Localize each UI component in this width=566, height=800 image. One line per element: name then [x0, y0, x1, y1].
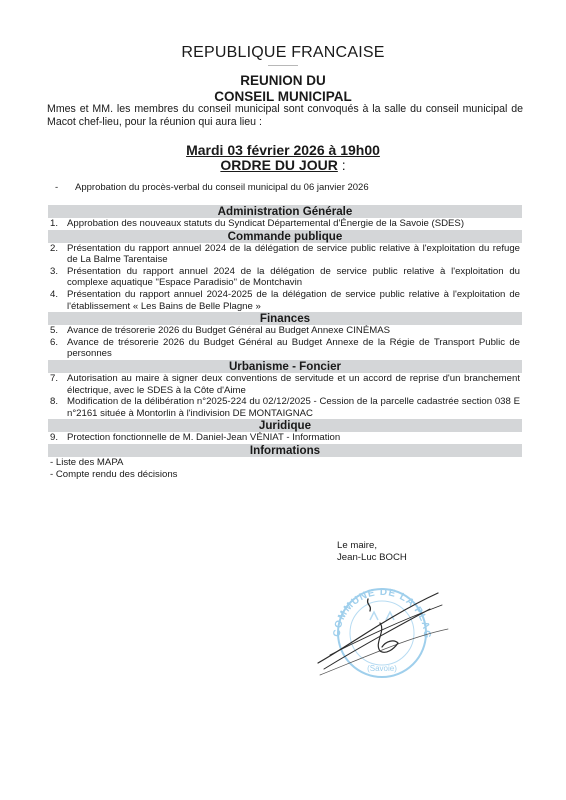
signature-block: Le maire, Jean-Luc BOCH	[337, 540, 407, 564]
agenda-item: 4.Présentation du rapport annuel 2024-20…	[48, 289, 522, 312]
item-number: 1.	[48, 218, 67, 230]
preliminary-bullet: -	[55, 182, 75, 194]
item-number: 5.	[48, 325, 67, 337]
agenda-section: Juridique9.Protection fonctionnelle de M…	[48, 419, 522, 444]
heading-separator: ---------------	[0, 63, 566, 69]
agenda-item: 9.Protection fonctionnelle de M. Daniel-…	[48, 432, 522, 444]
item-text: Présentation du rapport annuel 2024-2025…	[67, 289, 520, 312]
item-number: 6.	[48, 337, 67, 360]
agenda-title-colon: :	[338, 157, 346, 173]
agenda-item: 8.Modification de la délibération n°2025…	[48, 396, 522, 419]
meeting-title: REUNION DU CONSEIL MUNICIPAL	[0, 73, 566, 105]
info-item: - Liste des MAPA	[48, 457, 522, 469]
agenda-section: Urbanisme - Foncier7.Autorisation au mai…	[48, 360, 522, 419]
item-text: Présentation du rapport annuel 2024 de l…	[67, 243, 520, 266]
agenda-section: Finances5.Avance de trésorerie 2026 du B…	[48, 312, 522, 360]
document-page: REPUBLIQUE FRANCAISE --------------- REU…	[0, 0, 566, 800]
item-text: Présentation du rapport annuel 2024 de l…	[67, 266, 520, 289]
svg-text:(Savoie): (Savoie)	[367, 664, 397, 673]
section-heading: Commande publique	[48, 230, 522, 243]
item-text: Protection fonctionnelle de M. Daniel-Je…	[67, 432, 520, 444]
item-number: 4.	[48, 289, 67, 312]
preliminary-item: -Approbation du procès-verbal du conseil…	[55, 182, 369, 194]
item-number: 2.	[48, 243, 67, 266]
item-number: 8.	[48, 396, 67, 419]
agenda-item: 6.Avance de trésorerie 2026 du Budget Gé…	[48, 337, 522, 360]
item-text: Modification de la délibération n°2025-2…	[67, 396, 520, 419]
item-text: Autorisation au maire à signer deux conv…	[67, 373, 520, 396]
section-heading: Administration Générale	[48, 205, 522, 218]
signatory-name: Jean-Luc BOCH	[337, 552, 407, 564]
preliminary-text: Approbation du procès-verbal du conseil …	[75, 182, 369, 193]
agenda-section: Administration Générale1.Approbation des…	[48, 205, 522, 230]
item-number: 3.	[48, 266, 67, 289]
item-text: Avance de trésorerie 2026 du Budget Géné…	[67, 337, 520, 360]
section-heading: Juridique	[48, 419, 522, 432]
convocation-intro: Mmes et MM. les membres du conseil munic…	[47, 103, 523, 129]
section-heading: Finances	[48, 312, 522, 325]
agenda-item: 1.Approbation des nouveaux statuts du Sy…	[48, 218, 522, 230]
section-heading: Urbanisme - Foncier	[48, 360, 522, 373]
agenda-title: ORDRE DU JOUR :	[0, 157, 566, 174]
agenda-list: Administration Générale1.Approbation des…	[48, 205, 522, 480]
item-text: Avance de trésorerie 2026 du Budget Géné…	[67, 325, 520, 337]
item-text: Approbation des nouveaux statuts du Synd…	[67, 218, 520, 230]
item-number: 9.	[48, 432, 67, 444]
agenda-item: 7.Autorisation au maire à signer deux co…	[48, 373, 522, 396]
agenda-item: 2.Présentation du rapport annuel 2024 de…	[48, 243, 522, 266]
info-item: - Compte rendu des décisions	[48, 469, 522, 481]
agenda-title-text: ORDRE DU JOUR	[220, 157, 337, 173]
stamp-icon: COMMUNE DE LA PLAGNE TARENTAISE (Savoie)	[310, 575, 432, 677]
informations-section: Informations- Liste des MAPA- Compte ren…	[48, 444, 522, 480]
section-heading: Informations	[48, 444, 522, 457]
agenda-item: 3.Présentation du rapport annuel 2024 de…	[48, 266, 522, 289]
agenda-section: Commande publique2.Présentation du rappo…	[48, 230, 522, 313]
meeting-title-line1: REUNION DU	[0, 73, 566, 89]
agenda-item: 5.Avance de trésorerie 2026 du Budget Gé…	[48, 325, 522, 337]
item-number: 7.	[48, 373, 67, 396]
official-stamp-and-signature: COMMUNE DE LA PLAGNE TARENTAISE (Savoie)	[310, 575, 450, 685]
country-heading: REPUBLIQUE FRANCAISE	[0, 44, 566, 62]
signatory-role: Le maire,	[337, 540, 407, 552]
